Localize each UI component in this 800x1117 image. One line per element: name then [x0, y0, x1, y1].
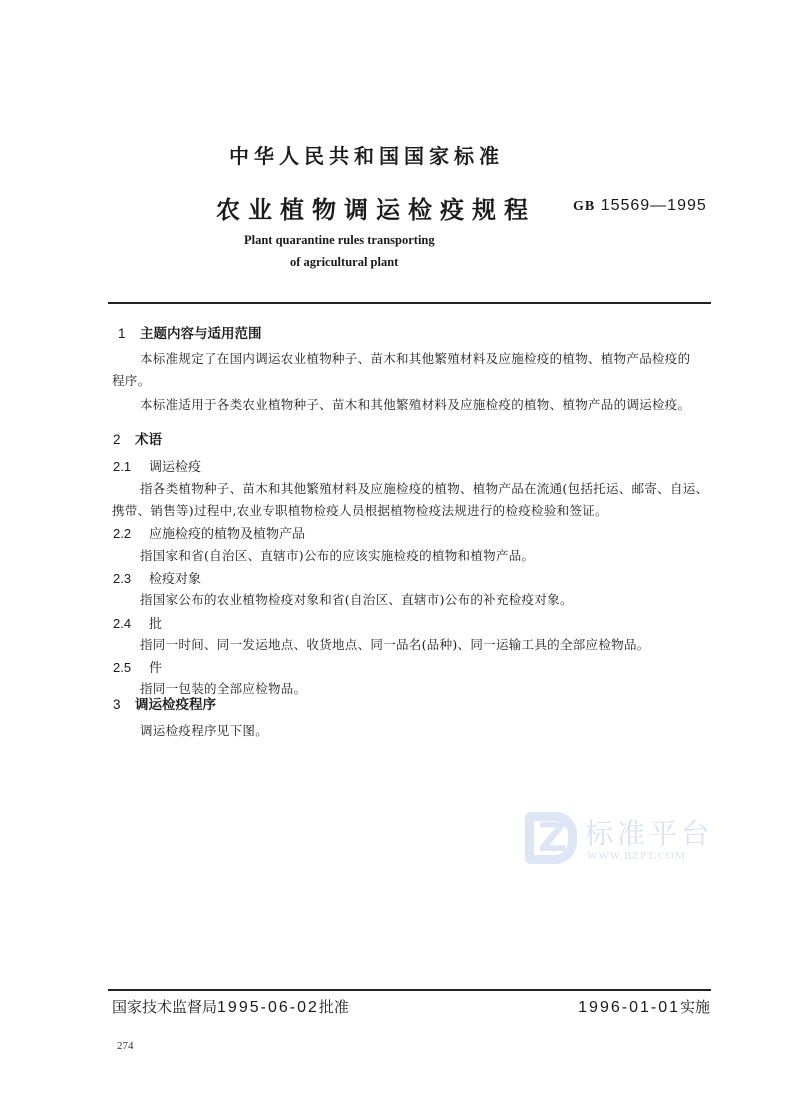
section-3-paragraph: 调运检疫程序见下图。 — [140, 721, 268, 739]
standard-code-prefix: GB — [573, 199, 595, 214]
section-1-paragraph-2: 本标准适用于各类农业植物种子、苗木和其他繁殖材料及应施检疫的植物、植物产品的调运… — [140, 395, 690, 413]
bz-logo-icon — [525, 812, 577, 864]
term-2-3-heading: 2.3检疫对象 — [113, 568, 201, 587]
footer-divider — [108, 989, 711, 991]
term-2-5-heading: 2.5件 — [113, 657, 162, 676]
english-title-line1: Plant quarantine rules transporting — [244, 233, 435, 248]
standard-code-number: 15569—1995 — [601, 197, 707, 214]
effective-suffix: 实施 — [680, 998, 710, 1016]
approval-date: 1995-06-02 — [217, 999, 319, 1016]
standard-code: GB 15569—1995 — [573, 197, 707, 215]
term-2-1-definition-line2: 携带、销售等)过程中,农业专职植物检疫人员根据植物检疫法规进行的检疫检验和签证。 — [112, 501, 608, 519]
page-number: 274 — [117, 1040, 134, 1052]
watermark-url: WWW.BZPT.COM — [587, 850, 686, 862]
term-2-3-definition: 指国家公布的农业植物检疫对象和省(自治区、直辖市)公布的补充检疫对象。 — [140, 590, 573, 608]
term-2-1-definition-line1: 指各类植物种子、苗木和其他繁殖材料及应施检疫的植物、植物产品在流通(包括托运、邮… — [140, 479, 708, 497]
english-title-line2: of agricultural plant — [290, 255, 398, 270]
effective-info: 1996-01-01实施 — [578, 996, 710, 1017]
section-1-paragraph-1-cont: 程序。 — [112, 371, 150, 389]
watermark-text: 标准平台 — [585, 812, 713, 852]
section-2-heading: 2术语 — [113, 428, 162, 448]
term-2-2-heading: 2.2应施检疫的植物及植物产品 — [113, 523, 305, 542]
term-2-4-definition: 指同一时间、同一发运地点、收货地点、同一品名(品种)、同一运输工具的全部应检物品… — [140, 635, 650, 653]
approval-suffix: 批准 — [319, 998, 349, 1016]
approving-authority: 国家技术监督局 — [112, 998, 217, 1016]
effective-date: 1996-01-01 — [578, 999, 680, 1016]
term-2-1-heading: 2.1调运检疫 — [113, 456, 201, 475]
header-divider — [108, 302, 711, 304]
term-2-2-definition: 指国家和省(自治区、直辖市)公布的应该实施检疫的植物和植物产品。 — [140, 546, 534, 564]
approval-info: 国家技术监督局1995-06-02批准 — [112, 996, 349, 1017]
term-2-4-heading: 2.4批 — [113, 613, 162, 632]
section-1-heading: 1主题内容与适用范围 — [118, 322, 262, 342]
national-standard-label: 中华人民共和国国家标准 — [229, 140, 504, 169]
section-3-heading: 3调运检疫程序 — [113, 693, 216, 713]
document-title: 农业植物调运检疫规程 — [216, 190, 536, 225]
section-1-paragraph-1: 本标准规定了在国内调运农业植物种子、苗木和其他繁殖材料及应施检疫的植物、植物产品… — [140, 349, 690, 367]
